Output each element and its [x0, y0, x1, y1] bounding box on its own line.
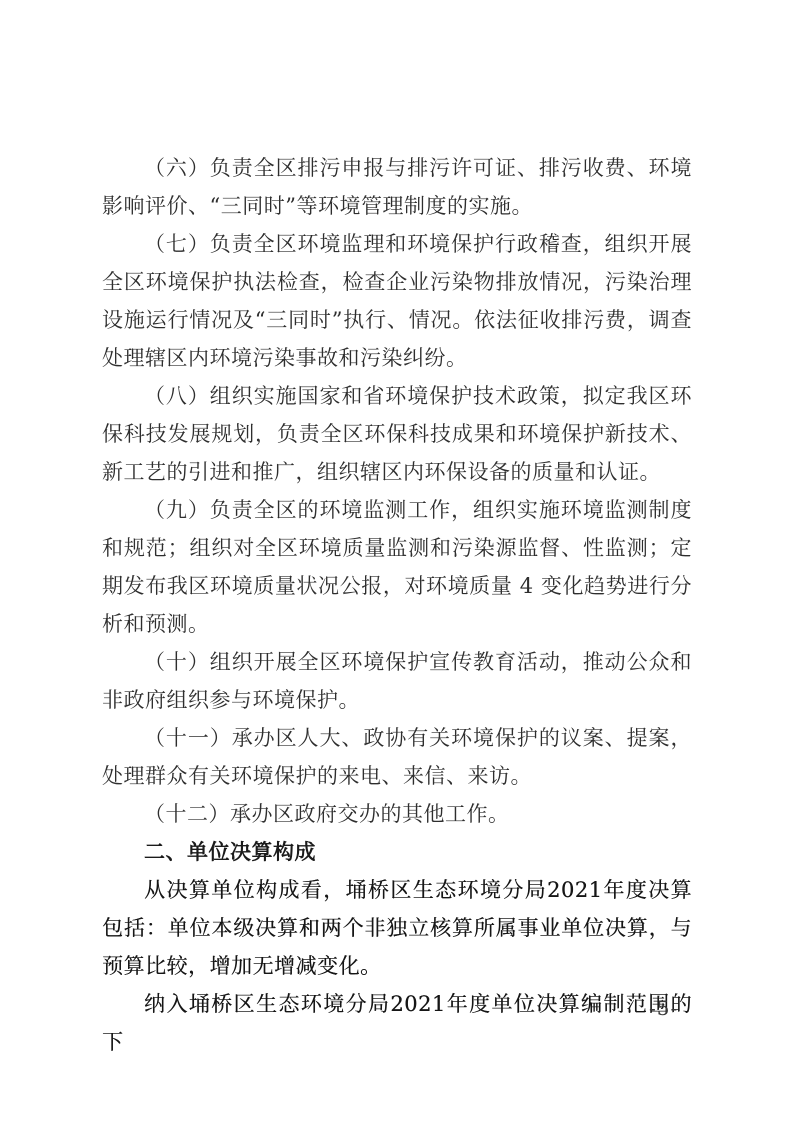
paragraph-duty-7: （七）负责全区环境监理和环境保护行政稽查，组织开展全区环境保护执法检查，检查企业…	[102, 225, 692, 377]
paragraph-duty-10: （十）组织开展全区环境保护宣传教育活动，推动公众和非政府组织参与环境保护。	[102, 643, 692, 719]
document-body: （六）负责全区排污申报与排污许可证、排污收费、环境影响评价、“三同时”等环境管理…	[102, 149, 692, 1061]
paragraph-duty-6: （六）负责全区排污申报与排污许可证、排污收费、环境影响评价、“三同时”等环境管理…	[102, 149, 692, 225]
paragraph-duty-12: （十二）承办区政府交办的其他工作。	[102, 795, 692, 833]
document-page: （六）负责全区排污申报与排污许可证、排污收费、环境影响评价、“三同时”等环境管理…	[0, 0, 794, 1123]
page-number: -5-	[649, 996, 678, 1020]
paragraph-duty-9: （九）负责全区的环境监测工作，组织实施环境监测制度和规范；组织对全区环境质量监测…	[102, 491, 692, 643]
paragraph-duty-11: （十一）承办区人大、政协有关环境保护的议案、提案，处理群众有关环境保护的来电、来…	[102, 719, 692, 795]
paragraph-duty-8: （八）组织实施国家和省环境保护技术政策，拟定我区环保科技发展规划，负责全区环保科…	[102, 377, 692, 491]
paragraph-accounts-scope: 纳入埇桥区生态环境分局2021年度单位决算编制范围的下	[102, 985, 692, 1061]
section-heading-unit-final-accounts: 二、单位决算构成	[102, 833, 692, 871]
paragraph-accounts-composition: 从决算单位构成看，埇桥区生态环境分局2021年度决算包括：单位本级决算和两个非独…	[102, 871, 692, 985]
